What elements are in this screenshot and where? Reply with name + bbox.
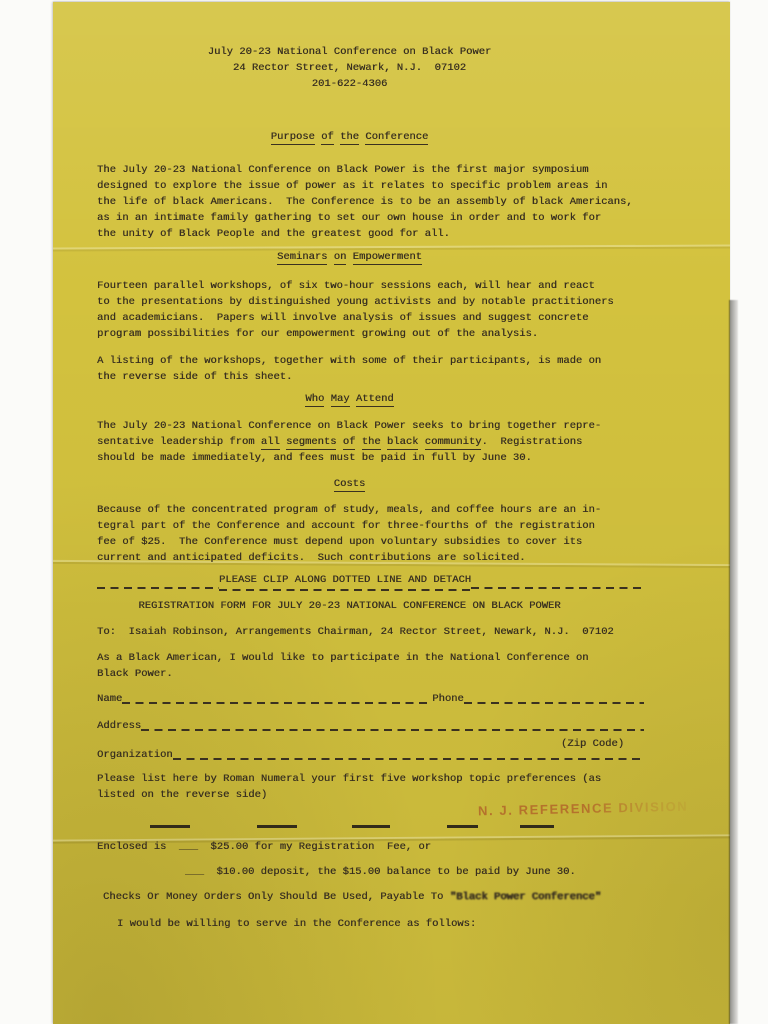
- text-line: the life of black Americans. The Confere…: [97, 194, 633, 210]
- text-line: the unity of Black People and the greate…: [97, 226, 633, 242]
- text-segment: sentative leadership from: [97, 436, 261, 448]
- attend-paragraph: The July 20-23 National Conference on Bl…: [97, 418, 601, 466]
- name-field-label: Name: [97, 692, 122, 706]
- text-line: tegral part of the Conference and accoun…: [97, 518, 601, 534]
- address-row: Address: [97, 719, 644, 733]
- text-line: and academicians. Papers will involve an…: [97, 310, 614, 326]
- preference-blank-3[interactable]: [352, 825, 390, 828]
- text-segment: . Registrations: [481, 436, 582, 448]
- preference-blank-2[interactable]: [257, 825, 297, 828]
- text-line: should be made immediately, and fees mus…: [97, 450, 601, 466]
- underlined-phrase: all segments of the black community: [261, 436, 482, 450]
- conference-title: July 20-23 National Conference on Black …: [97, 44, 602, 60]
- clip-detach-line: PLEASE CLIP ALONG DOTTED LINE AND DETACH: [97, 573, 644, 591]
- name-phone-row: Name Phone: [97, 692, 644, 706]
- text-line: Because of the concentrated program of s…: [97, 502, 601, 518]
- address-input-line[interactable]: [141, 729, 644, 731]
- purpose-paragraph: The July 20-23 National Conference on Bl…: [97, 162, 633, 242]
- letterhead: July 20-23 National Conference on Black …: [97, 44, 602, 92]
- registration-to-line: To: Isaiah Robinson, Arrangements Chairm…: [97, 624, 614, 640]
- text-line: program possibilities for our empowermen…: [97, 326, 614, 342]
- checks-line: Checks Or Money Orders Only Should Be Us…: [103, 889, 601, 905]
- text-line: sentative leadership from all segments o…: [97, 434, 601, 450]
- text-line: Black Power.: [97, 666, 588, 682]
- text-line: listed on the reverse side): [97, 787, 601, 803]
- text-line: designed to explore the issue of power a…: [97, 178, 633, 194]
- organization-input-line[interactable]: [173, 758, 644, 760]
- workshop-listing-note: A listing of the workshops, together wit…: [97, 353, 601, 385]
- text-line: The July 20-23 National Conference on Bl…: [97, 162, 633, 178]
- clip-detach-label: PLEASE CLIP ALONG DOTTED LINE AND DETACH: [219, 573, 471, 591]
- text-line: as in an intimate family gathering to se…: [97, 210, 633, 226]
- costs-heading: Costs: [97, 476, 602, 492]
- phone-input-line[interactable]: [464, 702, 644, 704]
- preference-blank-5[interactable]: [520, 825, 554, 828]
- dotted-line-right: [471, 587, 644, 589]
- text-line: Fourteen parallel workshops, of six two-…: [97, 278, 614, 294]
- conference-phone: 201-622-4306: [97, 76, 602, 92]
- registration-form-title: REGISTRATION FORM FOR JULY 20-23 NATIONA…: [97, 598, 602, 614]
- payable-to-smudged-text: "Black Power Conference": [450, 891, 601, 903]
- preferences-instruction: Please list here by Roman Numeral your f…: [97, 771, 601, 803]
- scan-background: { "colors": { "paper": "#d3c23e", "ink":…: [0, 0, 768, 1024]
- text-line: to the presentations by distinguished yo…: [97, 294, 614, 310]
- preference-blank-1[interactable]: [150, 825, 190, 828]
- seminars-paragraph: Fourteen parallel workshops, of six two-…: [97, 278, 614, 342]
- text-segment: Checks Or Money Orders Only Should Be Us…: [103, 891, 450, 903]
- organization-field-label: Organization: [97, 748, 173, 762]
- preference-blank-4[interactable]: [447, 825, 478, 828]
- dotted-line-left: [97, 587, 219, 589]
- costs-paragraph: Because of the concentrated program of s…: [97, 502, 601, 566]
- address-field-label: Address: [97, 719, 141, 733]
- phone-field-label: Phone: [432, 692, 464, 706]
- text-line: the reverse side of this sheet.: [97, 369, 601, 385]
- paper-edge-shadow: [729, 300, 738, 1024]
- text-line: current and anticipated deficits. Such c…: [97, 550, 601, 566]
- text-line: Please list here by Roman Numeral your f…: [97, 771, 601, 787]
- conference-address: 24 Rector Street, Newark, N.J. 07102: [97, 60, 602, 76]
- deposit-line: ___ $10.00 deposit, the $15.00 balance t…: [185, 864, 576, 880]
- paper-document: July 20-23 National Conference on Black …: [53, 2, 730, 1024]
- organization-row: Organization: [97, 748, 644, 762]
- text-line: A listing of the workshops, together wit…: [97, 353, 601, 369]
- text-line: fee of $25. The Conference must depend u…: [97, 534, 601, 550]
- name-input-line[interactable]: [122, 702, 432, 704]
- serve-line: I would be willing to serve in the Confe…: [117, 916, 476, 932]
- text-line: As a Black American, I would like to par…: [97, 650, 588, 666]
- purpose-heading: Purpose of the Conference: [97, 129, 602, 145]
- registration-intro: As a Black American, I would like to par…: [97, 650, 588, 682]
- attend-heading: Who May Attend: [97, 391, 602, 407]
- enclosed-fee-line: Enclosed is ___ $25.00 for my Registrati…: [97, 839, 431, 855]
- text-line: The July 20-23 National Conference on Bl…: [97, 418, 601, 434]
- seminars-heading: Seminars on Empowerment: [97, 249, 602, 265]
